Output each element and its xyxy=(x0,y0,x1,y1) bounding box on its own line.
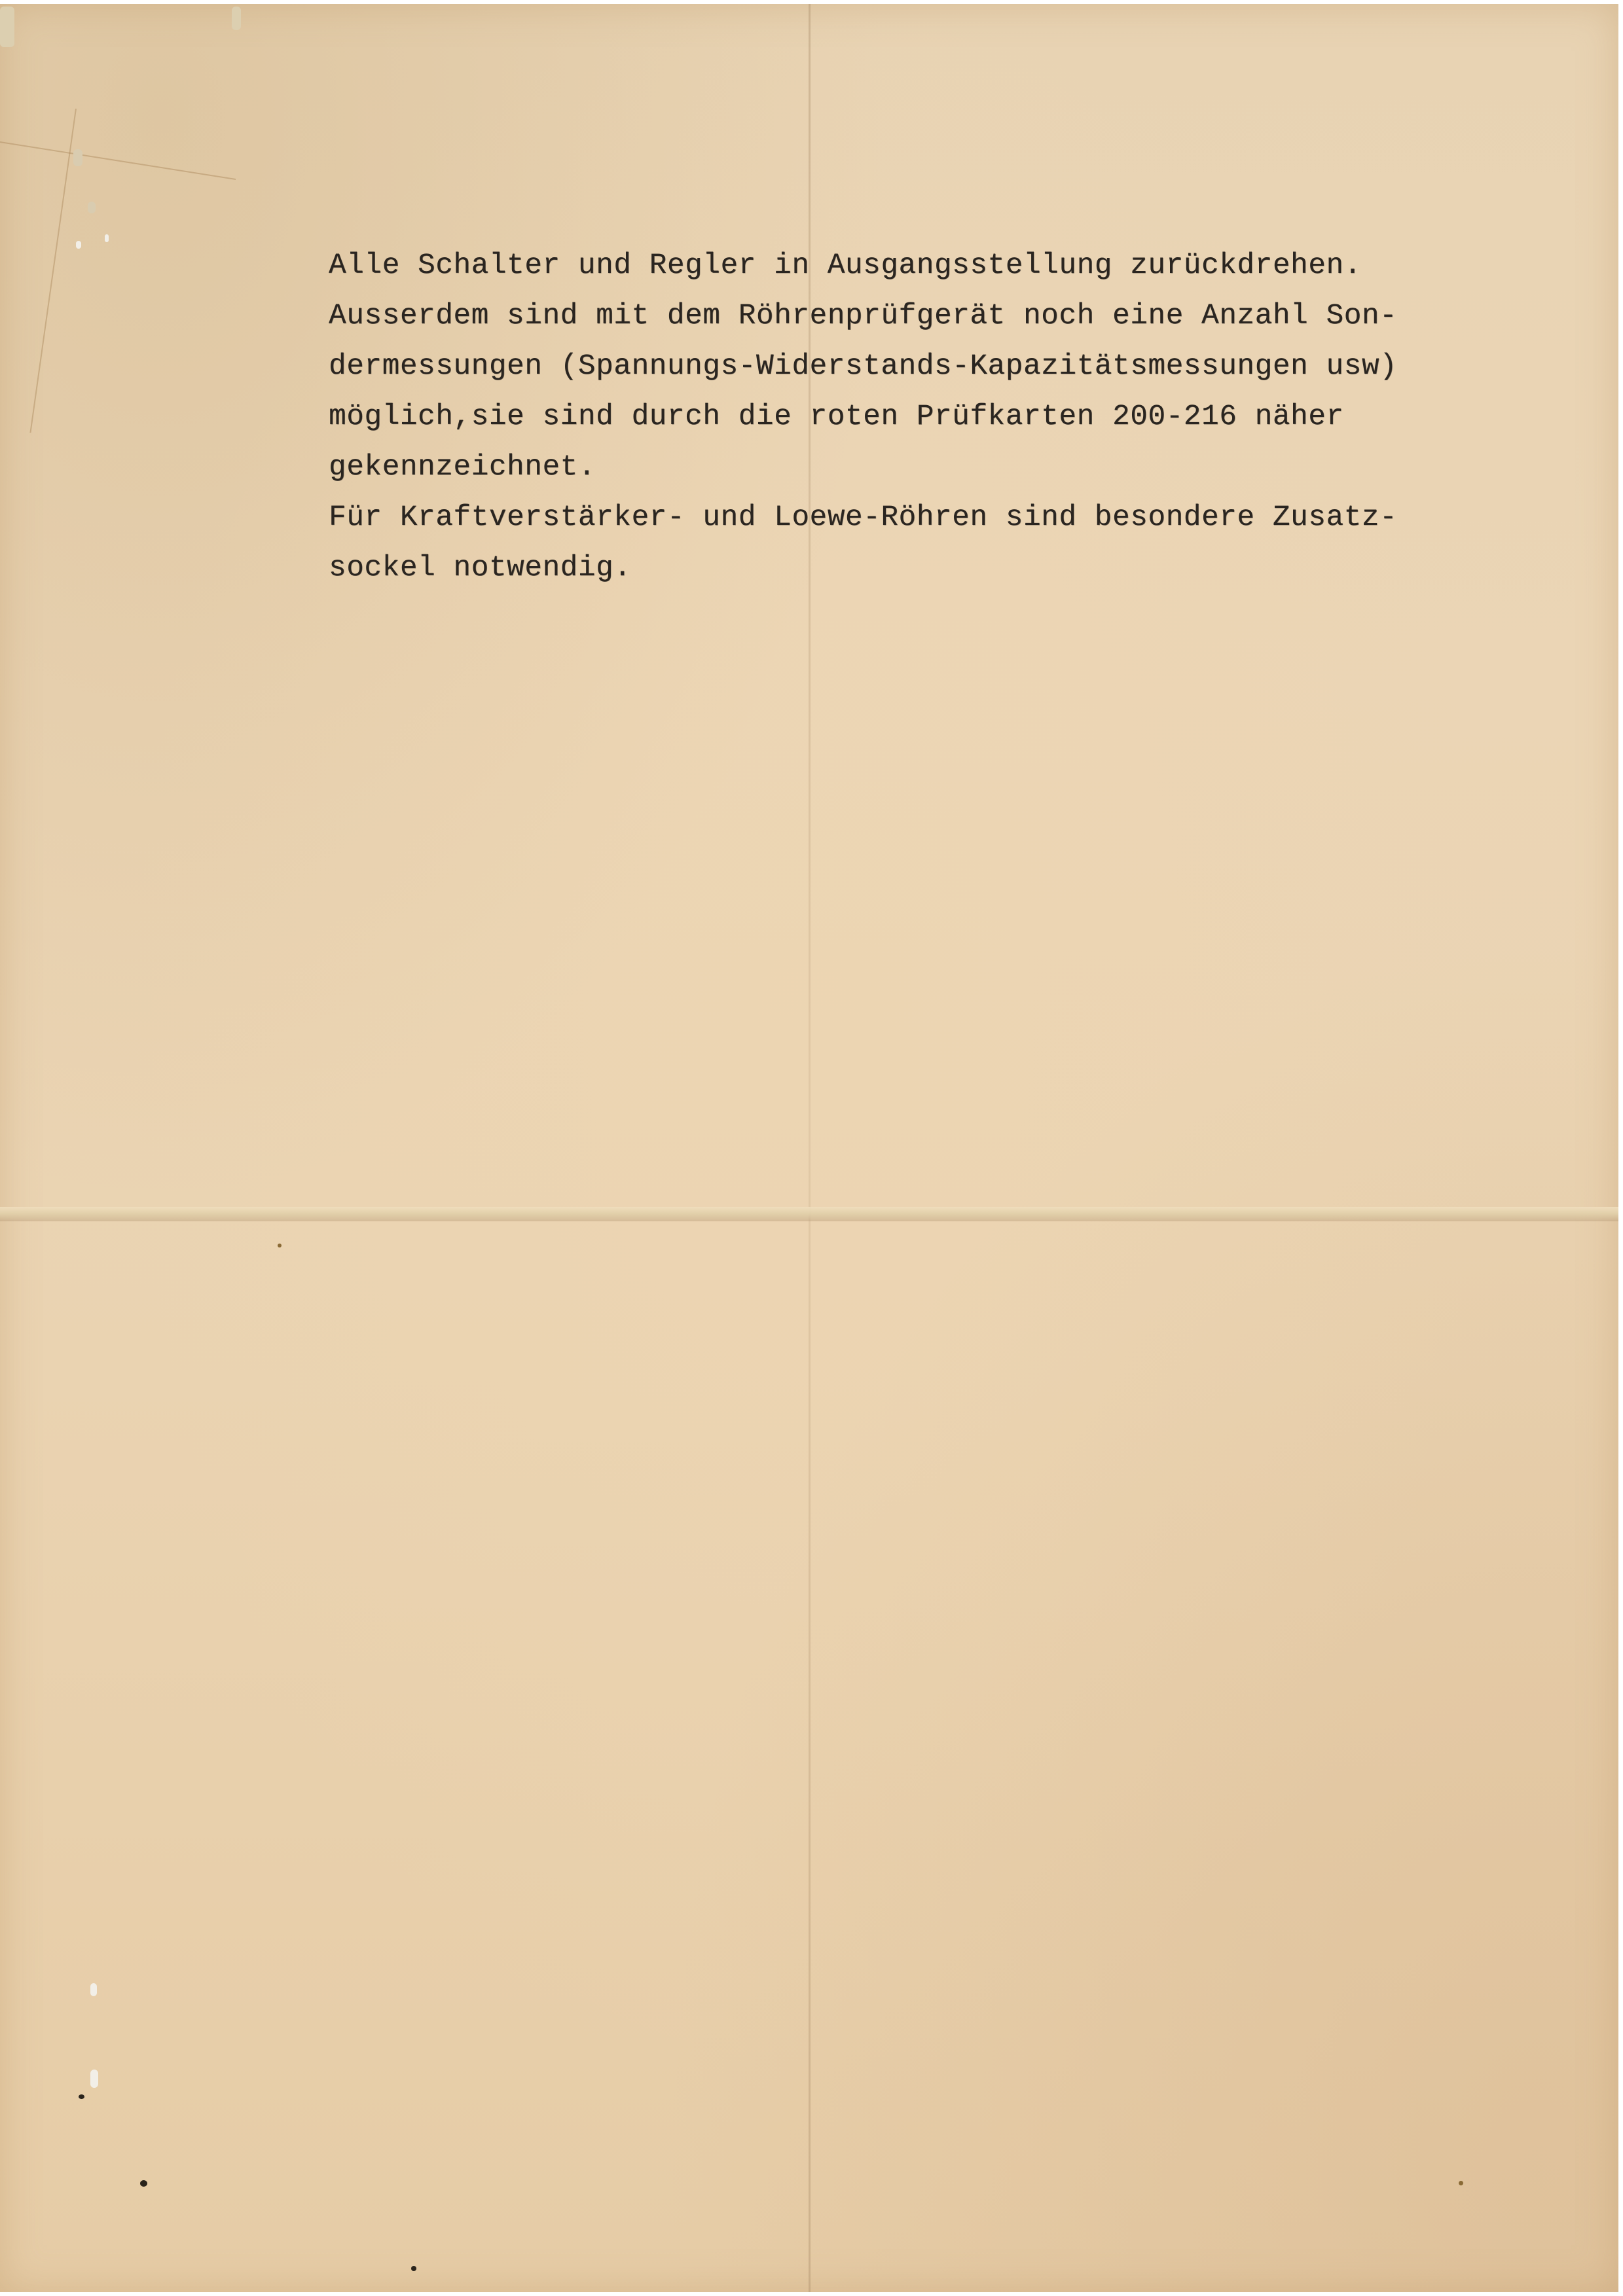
margin-crease xyxy=(29,109,77,433)
punch-hole-mark xyxy=(90,2070,98,2088)
typewritten-text-block: Alle Schalter und Regler in Ausgangsstel… xyxy=(329,241,1573,594)
corner-crease xyxy=(0,50,236,180)
punch-hole-mark xyxy=(73,149,82,166)
text-line: Ausserdem sind mit dem Röhrenprüfgerät n… xyxy=(329,291,1573,342)
stain-speck xyxy=(278,1244,282,1247)
punch-hole-mark xyxy=(0,7,14,47)
ink-speck xyxy=(140,2180,147,2187)
punch-hole-mark xyxy=(232,7,241,30)
text-line: Alle Schalter und Regler in Ausgangsstel… xyxy=(329,241,1573,291)
text-line: dermessungen (Spannungs-Widerstands-Kapa… xyxy=(329,342,1573,392)
punch-hole-mark xyxy=(90,1983,97,1996)
text-line: gekennzeichnet. xyxy=(329,442,1573,493)
punch-hole-mark xyxy=(105,234,109,242)
text-line: sockel notwendig. xyxy=(329,543,1573,594)
ink-speck xyxy=(411,2266,416,2271)
ink-speck xyxy=(79,2094,84,2099)
horizontal-fold-line xyxy=(0,1207,1618,1221)
stain-speck xyxy=(1459,2181,1463,2185)
text-line: möglich,sie sind durch die roten Prüfkar… xyxy=(329,392,1573,442)
punch-hole-mark xyxy=(88,202,96,213)
text-line: Für Kraftverstärker- und Loewe-Röhren si… xyxy=(329,493,1573,543)
punch-hole-mark xyxy=(76,241,81,249)
